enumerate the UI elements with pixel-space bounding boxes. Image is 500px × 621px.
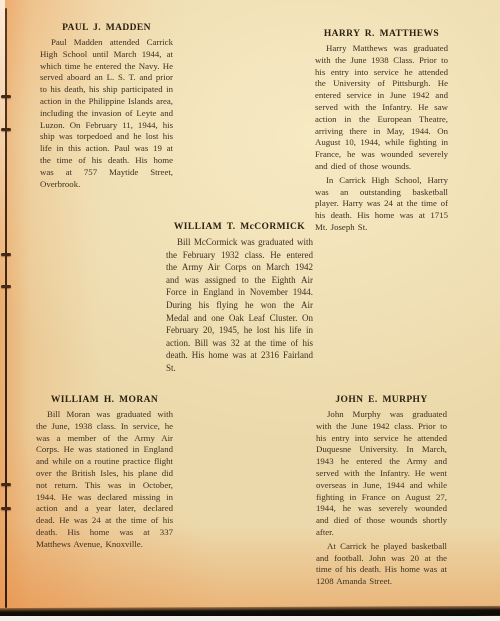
- binding-stitch-mark: [1, 285, 11, 288]
- scanned-memorial-page: PAUL J. MADDEN Paul Madden attended Carr…: [0, 0, 500, 621]
- scan-background-strip: [0, 616, 500, 621]
- entry-paragraph: In Carrick High School, Harry was an out…: [315, 175, 448, 234]
- entry-paragraph: Bill Moran was graduated with the June, …: [36, 409, 173, 551]
- entry-paragraph: John Murphy was graduated with the June …: [316, 409, 447, 539]
- entry-paragraph: Harry Matthews was graduated with the Ju…: [315, 43, 448, 173]
- binding-edge-line: [5, 8, 7, 608]
- memorial-entry-harry-matthews: HARRY R. MATTHEWS Harry Matthews was gra…: [315, 29, 448, 234]
- binding-stitch-mark: [1, 507, 11, 510]
- entry-title: JOHN E. MURPHY: [316, 395, 447, 405]
- entry-paragraph: Paul Madden attended Carrick High School…: [40, 37, 173, 190]
- binding-stitch-mark: [1, 253, 11, 256]
- entry-paragraph: At Carrick he played basketball and foot…: [316, 541, 447, 588]
- binding-stitch-mark: [1, 128, 11, 131]
- memorial-entry-william-mccormick: WILLIAM T. McCORMICK Bill McCormick was …: [166, 222, 313, 375]
- memorial-entry-john-murphy: JOHN E. MURPHY John Murphy was graduated…: [316, 395, 447, 588]
- entry-title: HARRY R. MATTHEWS: [315, 29, 448, 39]
- memorial-entry-william-moran: WILLIAM H. MORAN Bill Moran was graduate…: [36, 395, 173, 551]
- entry-title: WILLIAM T. McCORMICK: [166, 222, 313, 232]
- memorial-entry-paul-madden: PAUL J. MADDEN Paul Madden attended Carr…: [40, 23, 173, 190]
- binding-stitch-mark: [1, 95, 11, 98]
- entry-paragraph: Bill McCormick was graduated with the Fe…: [166, 236, 313, 375]
- entry-title: WILLIAM H. MORAN: [36, 395, 173, 405]
- binding-stitch-mark: [1, 483, 11, 486]
- entry-title: PAUL J. MADDEN: [40, 23, 173, 33]
